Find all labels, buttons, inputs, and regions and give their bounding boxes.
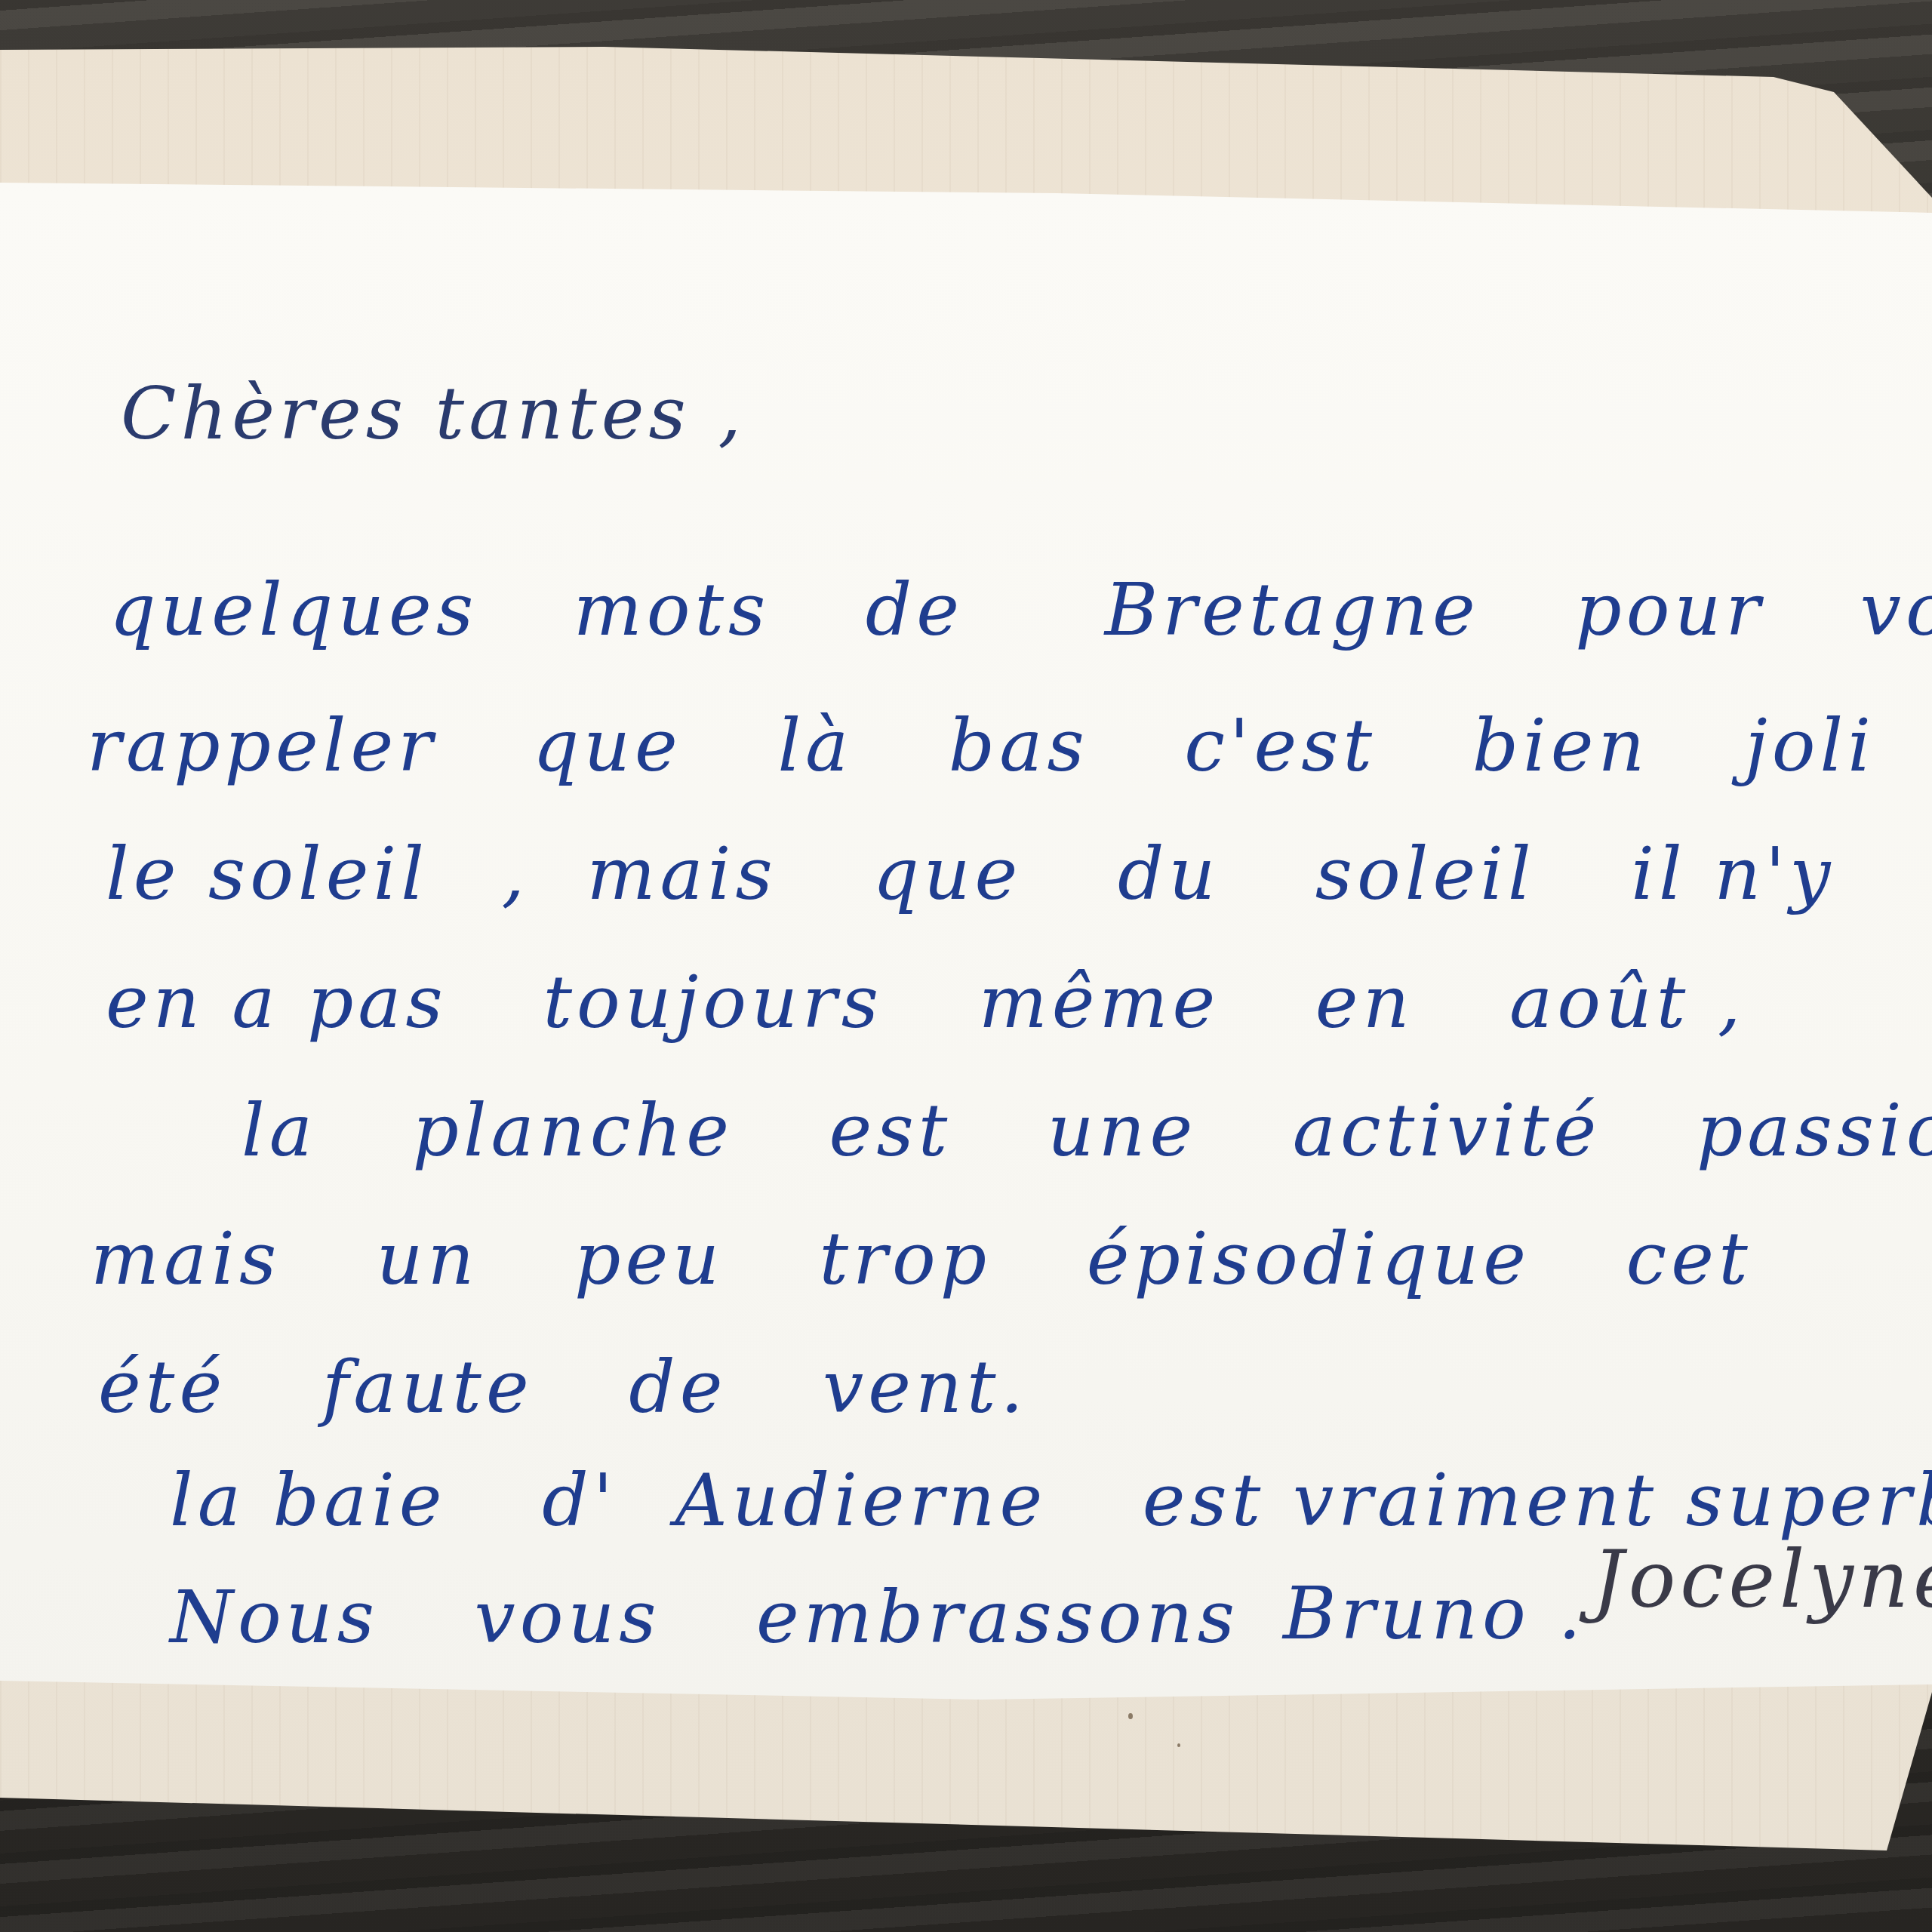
word: joli [1745, 703, 1875, 788]
word: épisodique [1087, 1217, 1531, 1301]
greeting-text: Chères tantes , [121, 371, 746, 456]
word: Nous [170, 1575, 379, 1660]
word: il n'y [1631, 832, 1835, 916]
word: la baie [170, 1458, 447, 1543]
note-line-4: en a pas toujours même en août , [106, 960, 1813, 1044]
word: mais [587, 832, 777, 916]
word: cet [1626, 1217, 1752, 1301]
word: le soleil [106, 832, 429, 916]
word: toujours [543, 960, 883, 1044]
note-line-6: mais un peu trop épisodique cet [91, 1217, 1820, 1301]
note-line-7: été faute de vent. [98, 1345, 1096, 1429]
note-line-1: quelques mots de Bretagne pour vous [109, 568, 1932, 652]
word: même [979, 960, 1220, 1044]
word: que [533, 703, 682, 788]
word: de [629, 1345, 727, 1429]
note-card: Chères tantes , quelques mots de Bretagn… [0, 183, 1932, 1700]
note-line-2: rappeler que là bas c'est bien joli sous [87, 703, 1932, 788]
greeting: Chères tantes , [121, 371, 746, 456]
word: vous [1860, 568, 1932, 652]
note-line-9: Nous vous embrassons [170, 1575, 1307, 1660]
word: soleil [1315, 832, 1536, 916]
word: peu [574, 1217, 724, 1301]
word: bas [949, 703, 1089, 788]
word: en [1315, 960, 1414, 1044]
word: là [777, 703, 853, 788]
word: rappeler [87, 703, 437, 788]
word: une [1048, 1088, 1197, 1173]
word: faute [322, 1345, 534, 1429]
word: la [241, 1088, 317, 1173]
word: mais [91, 1217, 281, 1301]
word: Audierne [675, 1458, 1048, 1543]
word: c'est [1184, 703, 1377, 788]
note-line-8: la baie d' Audierne est vraiment superbe [170, 1458, 1932, 1543]
note-line-3: le soleil , mais que du soleil il n'y [106, 832, 1903, 916]
word: bien [1472, 703, 1650, 788]
word: pour [1575, 568, 1764, 652]
word: trop [820, 1217, 992, 1301]
word: Bretagne [1105, 568, 1480, 652]
word: un [377, 1217, 479, 1301]
word: est [829, 1088, 952, 1173]
word: août , [1509, 960, 1745, 1044]
signature-jocelyne: Jocelyne [1592, 1534, 1932, 1626]
word: d' [542, 1458, 617, 1543]
word: vent. [823, 1345, 1028, 1429]
paper-speck [1128, 1713, 1133, 1719]
word: embrassons [756, 1575, 1239, 1660]
word: quelques [109, 568, 478, 652]
word: planche [412, 1088, 734, 1173]
word: du [1118, 832, 1220, 916]
word: passionnante [1697, 1088, 1932, 1173]
word: vous [474, 1575, 660, 1660]
paper-speck [1177, 1743, 1180, 1747]
handwritten-note: Chères tantes , quelques mots de Bretagn… [0, 183, 1932, 1700]
signature-bruno: Bruno . [1283, 1571, 1586, 1656]
word: activité [1293, 1088, 1601, 1173]
word: de [866, 568, 964, 652]
word: été [98, 1345, 226, 1429]
word: mots [574, 568, 771, 652]
word: est vraiment superbe [1143, 1458, 1932, 1543]
word: que [872, 832, 1022, 916]
word: , [502, 832, 530, 916]
word: en a pas [106, 960, 448, 1044]
note-line-5: la planche est une activité passionnante [241, 1088, 1932, 1173]
signature-text: Bruno . [1283, 1571, 1586, 1656]
signature-text: Jocelyne [1592, 1534, 1932, 1626]
